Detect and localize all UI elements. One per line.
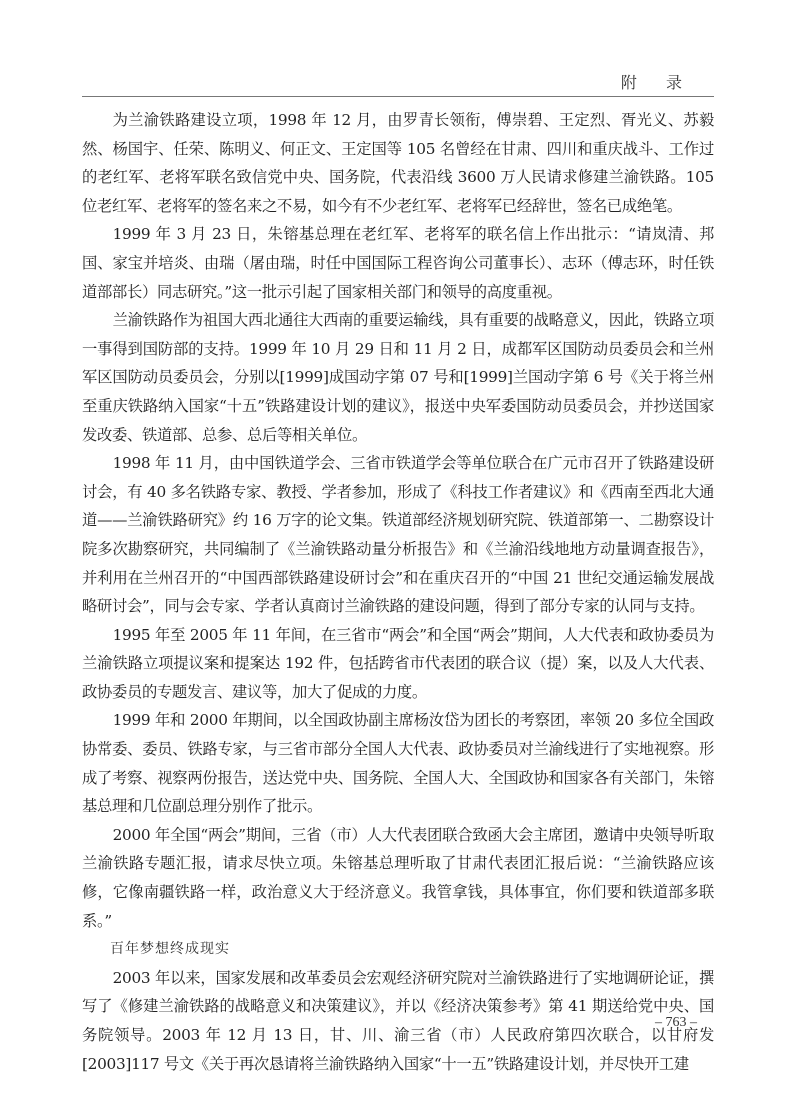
paragraph: 2003 年以来，国家发展和改革委员会宏观经济研究院对兰渝铁路进行了实地调研论证… [82, 964, 714, 1078]
paragraph: 1999 年 3 月 23 日，朱镕基总理在老红军、老将军的联名信上作出批示：“… [82, 220, 714, 306]
paragraph: 为兰渝铁路建设立项，1998 年 12 月，由罗青长领衔，傅崇碧、王定烈、胥光义… [82, 106, 714, 220]
page-body: 为兰渝铁路建设立项，1998 年 12 月，由罗青长领衔，傅崇碧、王定烈、胥光义… [82, 106, 714, 1078]
header-title: 附 录 [621, 70, 694, 93]
page-number: – 763 – [655, 1015, 697, 1031]
paragraph: 1999 年和 2000 年期间，以全国政协副主席杨汝岱为团长的考察团，率领 2… [82, 706, 714, 820]
paragraph: 2000 年全国“两会”期间，三省（市）人大代表团联合致函大会主席团，邀请中央领… [82, 821, 714, 935]
paragraph: 兰渝铁路作为祖国大西北通往大西南的重要运输线，具有重要的战略意义，因此，铁路立项… [82, 306, 714, 449]
paragraph: 1998 年 11 月，由中国铁道学会、三省市铁道学会等单位联合在广元市召开了铁… [82, 449, 714, 621]
section-subheading: 百年梦想终成现实 [82, 935, 714, 964]
paragraph: 1995 年至 2005 年 11 年间，在三省市“两会”和全国“两会”期间，人… [82, 621, 714, 707]
running-header: 附 录 [82, 68, 714, 97]
